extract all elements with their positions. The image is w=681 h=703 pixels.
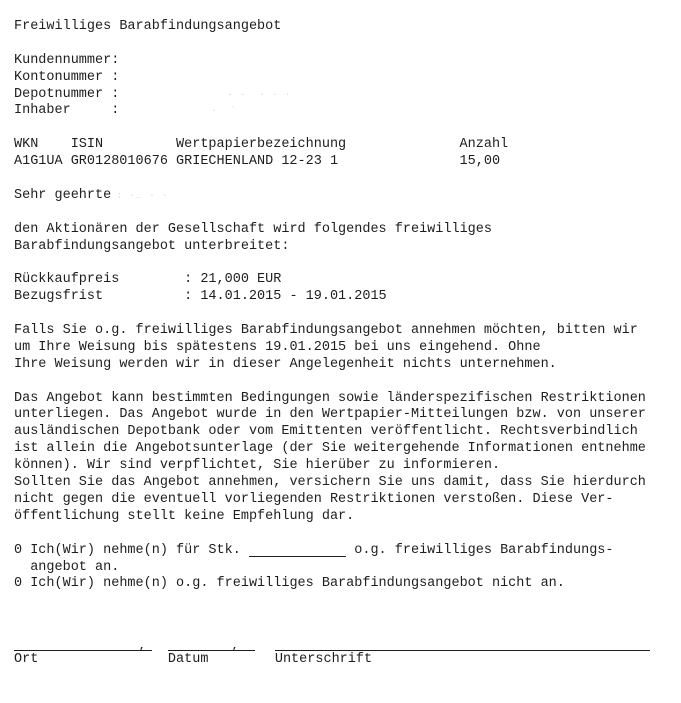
spacer — [14, 171, 674, 188]
salutation-text: Sehr geehrte — [14, 188, 111, 203]
instruction-line: Falls Sie o.g. freiwilliges Barabfindung… — [14, 323, 674, 340]
intro-paragraph: den Aktionären der Gesellschaft wird fol… — [14, 222, 674, 256]
term-subscription-period: Bezugsfrist: 14.01.2015 - 19.01.2015 — [14, 289, 674, 306]
account-number-field: Kontonummer : — [14, 70, 674, 87]
spacer — [14, 36, 674, 53]
accept-quantity-field[interactable] — [249, 544, 346, 557]
header-quantity: Anzahl — [460, 137, 509, 154]
holder-redacted: · ` — [211, 103, 237, 120]
offer-document: Freiwilliges Barabfindungsangebot Kunden… — [14, 19, 674, 675]
header-wkn: WKN — [14, 137, 71, 154]
depot-number-label: Depotnummer : — [14, 87, 119, 102]
salutation: Sehr geehrte: ·‥ · · — [14, 188, 674, 205]
intro-line: den Aktionären der Gesellschaft wird fol… — [14, 222, 674, 239]
spacer — [14, 526, 674, 543]
disclaimer-line: Sollten Sie das Angebot annehmen, versic… — [14, 475, 674, 492]
signature-block: Ort , Datum , Unterschrift — [14, 643, 674, 675]
term-value: : 21,000 EUR — [184, 272, 281, 289]
spacer — [14, 374, 674, 391]
spacer — [14, 255, 674, 272]
account-number-label: Kontonummer : — [14, 70, 119, 85]
disclaimer-line: ist allein die Angebotsunterlage (der Si… — [14, 441, 674, 458]
date-line[interactable] — [168, 643, 255, 651]
disclaimer-paragraph: Das Angebot kann bestimmten Bedingungen … — [14, 391, 674, 526]
place-field[interactable]: Ort — [14, 643, 152, 668]
spacer — [14, 306, 674, 323]
accept-option[interactable]: 0 Ich(Wir) nehme(n) für Stk. o.g. freiwi… — [14, 543, 674, 560]
response-options: 0 Ich(Wir) nehme(n) für Stk. o.g. freiwi… — [14, 543, 674, 594]
date-field[interactable]: Datum — [168, 643, 255, 668]
salutation-name-redacted: : ·‥ · · — [117, 188, 169, 205]
offer-terms: Rückkaufpreis: 21,000 EUR Bezugsfrist: 1… — [14, 272, 674, 306]
spacer — [14, 120, 674, 137]
disclaimer-line: unterliegen. Das Angebot wurde in den We… — [14, 407, 674, 424]
separator-comma: , — [231, 639, 238, 653]
intro-line: Barabfindungsangebot unterbreitet: — [14, 239, 674, 256]
instruction-line: um Ihre Weisung bis spätestens 19.01.201… — [14, 340, 674, 357]
place-line[interactable] — [14, 643, 152, 651]
customer-number-field: Kundennummer: — [14, 53, 674, 70]
place-label: Ort — [14, 652, 152, 668]
spacer — [14, 593, 674, 643]
disclaimer-line: öffentlichung stellt keine Empfehlung da… — [14, 509, 674, 526]
cell-wkn: A1G1UA — [14, 154, 71, 171]
accept-option-prefix: 0 Ich(Wir) nehme(n) für Stk. — [14, 543, 249, 558]
separator-comma: , — [139, 639, 146, 653]
instruction-paragraph: Falls Sie o.g. freiwilliges Barabfindung… — [14, 323, 674, 374]
security-table-header: WKNISINWertpapierbezeichnungAnzahl — [14, 137, 674, 154]
security-table-row: A1G1UAGR0128010676GRIECHENLAND 12-23 115… — [14, 154, 674, 171]
security-table: WKNISINWertpapierbezeichnungAnzahl A1G1U… — [14, 137, 674, 171]
term-buyback-price: Rückkaufpreis: 21,000 EUR — [14, 272, 674, 289]
cell-isin: GR0128010676 — [71, 154, 176, 171]
depot-number-redacted: - - · · · — [227, 87, 291, 104]
disclaimer-line: Das Angebot kann bestimmten Bedingungen … — [14, 391, 674, 408]
accept-option-continuation: angebot an. — [14, 560, 674, 577]
date-label: Datum — [168, 652, 255, 668]
signature-field[interactable]: Unterschrift — [275, 643, 650, 668]
header-security-name: Wertpapierbezeichnung — [176, 137, 460, 154]
signature-line[interactable] — [275, 643, 650, 651]
cell-quantity: 15,00 — [460, 154, 501, 171]
cell-security-name: GRIECHENLAND 12-23 1 — [176, 154, 460, 171]
spacer — [14, 205, 674, 222]
term-label: Bezugsfrist — [14, 289, 184, 306]
decline-option[interactable]: 0 Ich(Wir) nehme(n) o.g. freiwilliges Ba… — [14, 576, 674, 593]
term-value: : 14.01.2015 - 19.01.2015 — [184, 289, 387, 306]
disclaimer-line: können). Wir sind verpflichtet, Sie hier… — [14, 458, 674, 475]
customer-number-label: Kundennummer: — [14, 53, 119, 68]
header-isin: ISIN — [71, 137, 176, 154]
holder-field: Inhaber :· ` — [14, 103, 674, 120]
depot-number-field: Depotnummer :- - · · · — [14, 87, 674, 104]
instruction-line: Ihre Weisung werden wir in dieser Angele… — [14, 357, 674, 374]
document-title: Freiwilliges Barabfindungsangebot — [14, 19, 674, 36]
accept-option-suffix: o.g. freiwilliges Barabfindungs- — [346, 543, 613, 558]
signature-label: Unterschrift — [275, 652, 650, 668]
disclaimer-line: ausländischen Depotbank oder vom Emitten… — [14, 424, 674, 441]
disclaimer-line: nicht gegen die eventuell vorliegenden R… — [14, 492, 674, 509]
term-label: Rückkaufpreis — [14, 272, 184, 289]
holder-label: Inhaber : — [14, 103, 119, 118]
account-fields: Kundennummer: Kontonummer : Depotnummer … — [14, 53, 674, 121]
